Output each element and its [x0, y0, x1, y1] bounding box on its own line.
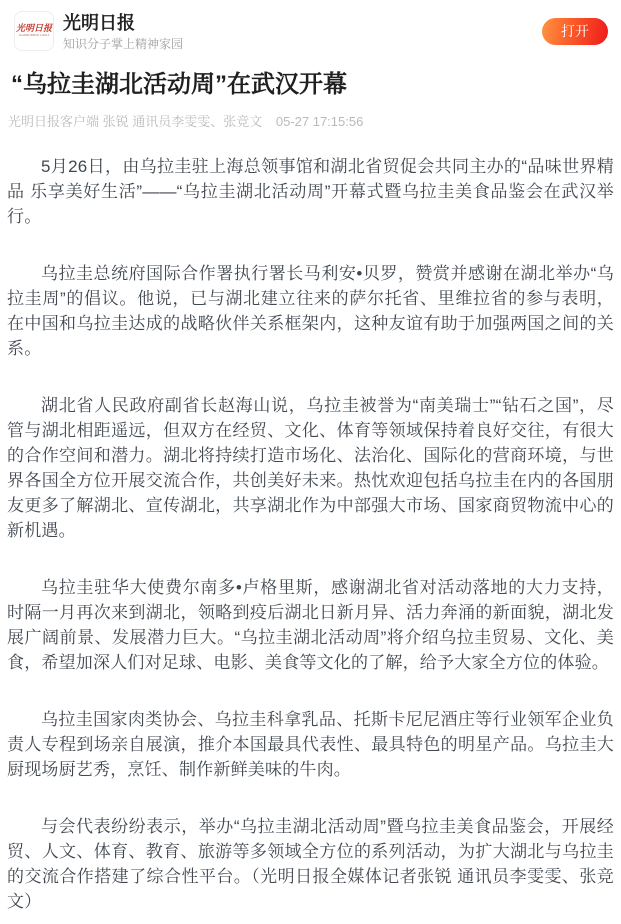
article-content: “乌拉圭湖北活动周”在武汉开幕 光明日报客户端 张锐 通讯员李雯雯、张竞文 05…	[0, 69, 621, 924]
app-banner-text: 光明日报 知识分子掌上精神家园	[63, 12, 183, 51]
logo-cn-text: 光明日报	[16, 23, 52, 34]
byline: 光明日报客户端 张锐 通讯员李雯雯、张竞文 05-27 17:15:56	[7, 114, 614, 130]
paragraph: 5月26日，由乌拉圭驻上海总领事馆和湖北省贸促会共同主办的“品味世界精品 乐享美…	[7, 154, 614, 229]
guangming-daily-logo[interactable]: 光明日报 GUANGMING DAILY	[14, 11, 54, 51]
publish-timestamp: 05-27 17:15:56	[276, 114, 363, 129]
article-page: 光明日报 GUANGMING DAILY 光明日报 知识分子掌上精神家园 打开 …	[0, 0, 621, 924]
paragraph: 乌拉圭驻华大使费尔南多•卢格里斯，感谢湖北省对活动落地的大力支持，时隔一月再次来…	[7, 575, 614, 675]
paragraph: 湖北省人民政府副省长赵海山说，乌拉圭被誉为“南美瑞士”“钻石之国”，尽管与湖北相…	[7, 393, 614, 543]
logo-en-text: GUANGMING DAILY	[19, 34, 50, 37]
paragraph: 乌拉圭国家肉类协会、乌拉圭科拿乳品、托斯卡尼尼酒庄等行业领军企业负责人专程到场亲…	[7, 707, 614, 782]
article-body: 5月26日，由乌拉圭驻上海总领事馆和湖北省贸促会共同主办的“品味世界精品 乐享美…	[7, 154, 614, 914]
open-app-button[interactable]: 打开	[542, 18, 608, 45]
app-tagline: 知识分子掌上精神家园	[63, 37, 183, 51]
paragraph: 与会代表纷纷表示，举办“乌拉圭湖北活动周”暨乌拉圭美食品鉴会，开展经贸、人文、体…	[7, 814, 614, 914]
app-name: 光明日报	[63, 12, 183, 34]
paragraph: 乌拉圭总统府国际合作署执行署长马利安•贝罗，赞赏并感谢在湖北举办“乌拉圭周”的倡…	[7, 261, 614, 361]
app-banner: 光明日报 GUANGMING DAILY 光明日报 知识分子掌上精神家园 打开	[0, 0, 621, 61]
byline-authors: 光明日报客户端 张锐 通讯员李雯雯、张竞文	[8, 114, 262, 129]
article-title: “乌拉圭湖北活动周”在武汉开幕	[7, 69, 614, 101]
